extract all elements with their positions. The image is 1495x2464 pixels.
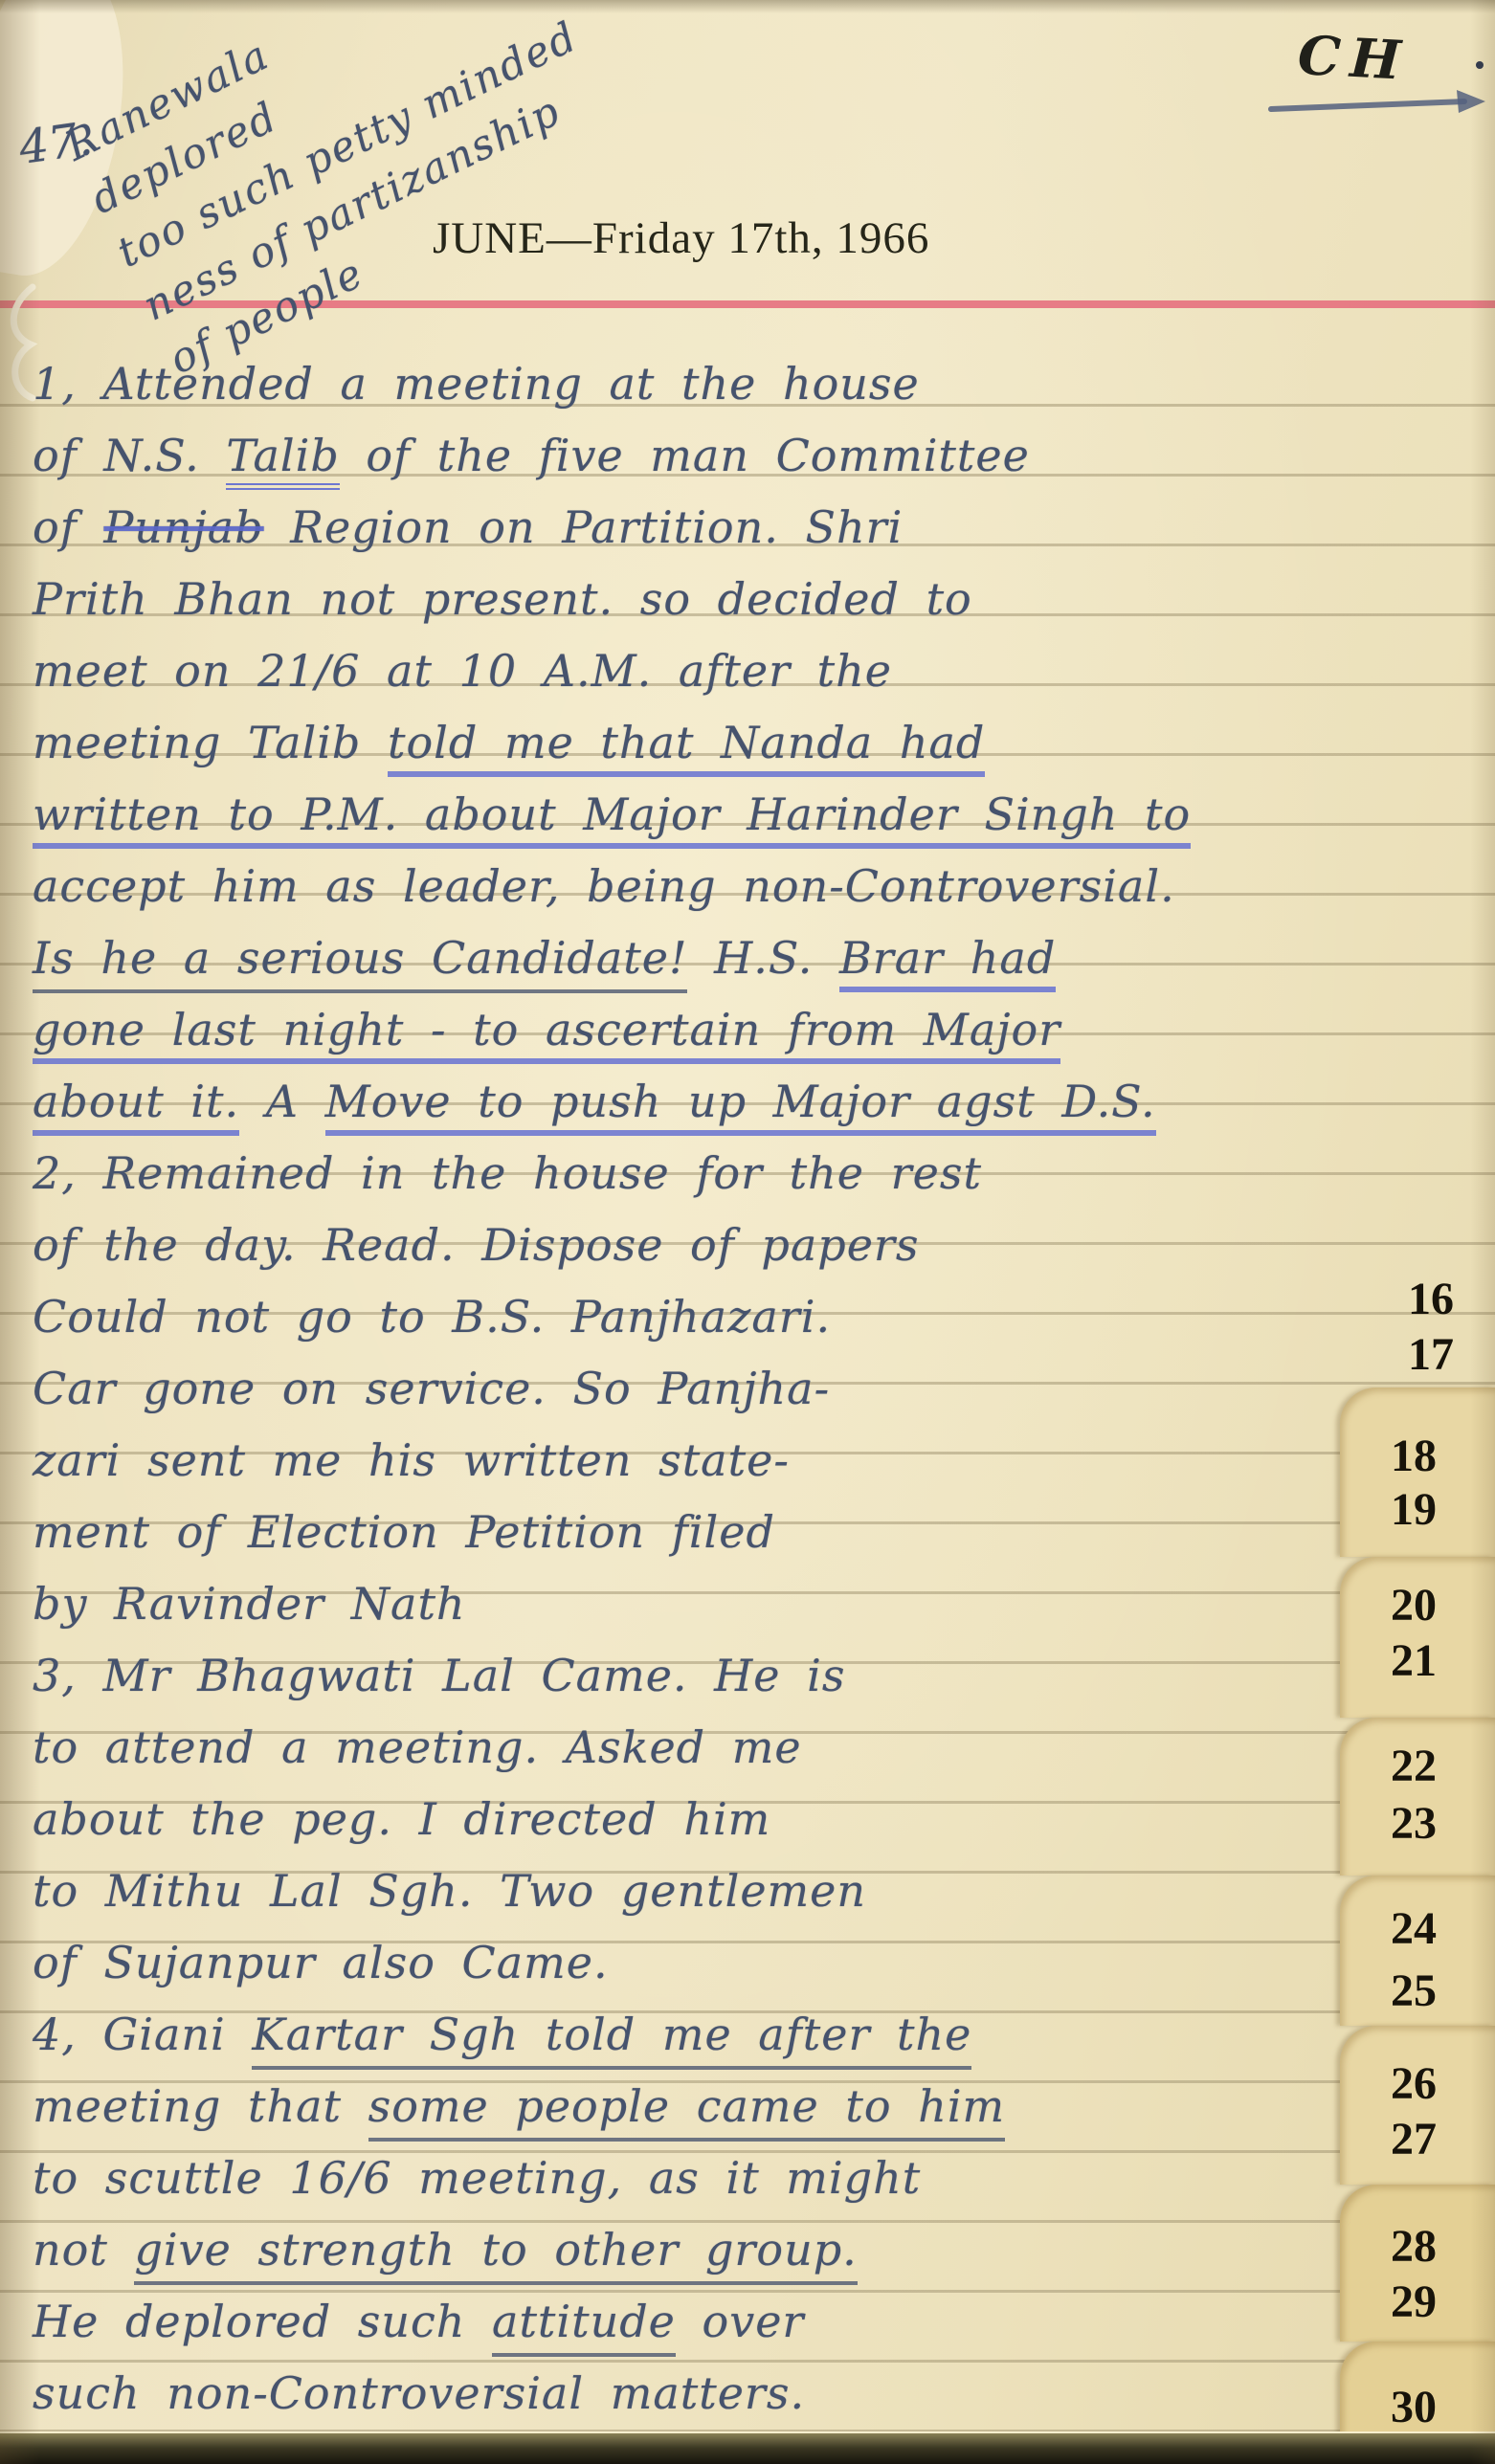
edge-tab-number: 17 <box>1359 1328 1495 1381</box>
diary-line: to scuttle 16/6 meeting, as it might <box>33 2146 1372 2218</box>
diary-text-segment: of Sujanpur also Came. <box>33 1937 609 1990</box>
diary-line: ment of Election Petition filed <box>33 1500 1372 1572</box>
diary-text-segment: Kartar Sgh told me after the <box>252 2009 971 2070</box>
diary-line: about it. A Move to push up Major agst D… <box>33 1070 1372 1142</box>
diary-text-segment: Car gone on service. So Panjha- <box>33 1363 830 1416</box>
diary-text-segment: Is he a serious Candidate! <box>33 932 687 993</box>
diary-line: 1, Attended a meeting at the house <box>33 352 1372 424</box>
diary-text-segment: Punjab <box>103 501 263 555</box>
diary-line: zari sent me his written state- <box>33 1429 1372 1500</box>
diary-text-segment: H.S. <box>687 932 838 986</box>
diary-text-segment: 2, Remained in the house for the rest <box>33 1147 982 1201</box>
diary-text-segment: of the five man Committee <box>340 430 1030 483</box>
corner-annotation: CH <box>1265 25 1491 149</box>
diary-text-segment: meeting Talib <box>33 717 388 770</box>
diary-text-segment: give strength to other group. <box>134 2224 857 2285</box>
diary-text-segment: some people came to him <box>368 2080 1006 2142</box>
diary-line: meeting Talib told me that Nanda had <box>33 711 1372 783</box>
diary-body: 1, Attended a meeting at the houseof N.S… <box>33 352 1372 2433</box>
diary-text-segment: told me that Nanda had <box>388 717 985 777</box>
book-bottom-edge <box>0 2431 1495 2464</box>
diary-text-segment: written to P.M. about Major Harinder Sin… <box>33 788 1191 849</box>
diary-text-segment: to scuttle 16/6 meeting, as it might <box>33 2152 921 2206</box>
margin-annotation: 47. <box>15 112 95 175</box>
diary-text-segment: attitude <box>492 2296 676 2357</box>
diary-line: of Sujanpur also Came. <box>33 1931 1372 2003</box>
diary-text-segment: about it. <box>33 1076 239 1136</box>
diary-line: of Punjab Region on Partition. Shri <box>33 496 1372 567</box>
diary-text-segment: ment of Election Petition filed <box>33 1506 775 1560</box>
diary-text-segment: over <box>676 2296 805 2349</box>
diary-text-segment: to attend a meeting. Asked me <box>33 1721 802 1775</box>
diary-line: to Mithu Lal Sgh. Two gentlemen <box>33 1859 1372 1931</box>
binding-thread <box>2 279 50 413</box>
diary-text-segment: accept him as leader, being non-Controve… <box>33 860 1175 914</box>
diary-line: Could not go to B.S. Panjhazari. <box>33 1285 1372 1357</box>
diary-line: of the day. Read. Dispose of papers <box>33 1213 1372 1285</box>
diary-line: written to P.M. about Major Harinder Sin… <box>33 783 1372 855</box>
diary-text-segment: meeting that <box>33 2080 368 2134</box>
diary-text-segment: Move to push up Major agst D.S. <box>325 1076 1156 1136</box>
diary-line: meeting that some people came to him <box>33 2075 1372 2146</box>
diary-text-segment: gone last night - to ascertain from Majo… <box>33 1004 1060 1064</box>
diary-line: meet on 21/6 at 10 A.M. after the <box>33 639 1372 711</box>
diary-line: Car gone on service. So Panjha- <box>33 1357 1372 1429</box>
diary-text-segment: not <box>33 2224 134 2277</box>
underline-arrow-icon <box>1265 25 1491 149</box>
diary-text-segment: Talib <box>226 430 339 490</box>
diary-line: 3, Mr Bhagwati Lal Came. He is <box>33 1644 1372 1716</box>
diary-line: about the peg. I directed him <box>33 1787 1372 1859</box>
diary-line: such non-Controversial matters. <box>33 2362 1372 2433</box>
diary-text-segment: of <box>33 501 103 555</box>
diary-text-segment: about the peg. I directed him <box>33 1793 770 1847</box>
diary-line: Prith Bhan not present. so decided to <box>33 567 1372 639</box>
diary-line: accept him as leader, being non-Controve… <box>33 855 1372 926</box>
diary-text-segment: of the day. Read. Dispose of papers <box>33 1219 920 1273</box>
diary-page: JUNE—Friday 17th, 1966 Ranewaladeploredt… <box>0 0 1495 2464</box>
diary-line: of N.S. Talib of the five man Committee <box>33 424 1372 496</box>
diary-text-segment: meet on 21/6 at 10 A.M. after the <box>33 645 892 699</box>
diary-text-segment: 3, Mr Bhagwati Lal Came. He is <box>33 1650 845 1703</box>
diary-line: Is he a serious Candidate! H.S. Brar had <box>33 926 1372 998</box>
diary-text-segment: Prith Bhan not present. so decided to <box>33 573 972 627</box>
diary-text-segment: He deplored such <box>33 2296 492 2349</box>
diary-text-segment: of N.S. <box>33 430 226 483</box>
diary-text-segment: by Ravinder Nath <box>33 1578 466 1632</box>
edge-tab-number: 16 <box>1359 1273 1495 1325</box>
diary-line: 2, Remained in the house for the rest <box>33 1142 1372 1213</box>
diary-text-segment: such non-Controversial matters. <box>33 2367 805 2421</box>
diary-line: not give strength to other group. <box>33 2218 1372 2290</box>
diary-line: 4, Giani Kartar Sgh told me after the <box>33 2003 1372 2075</box>
diary-text-segment: Region on Partition. Shri <box>264 501 904 555</box>
diary-text-segment: to Mithu Lal Sgh. Two gentlemen <box>33 1865 866 1919</box>
diary-text-segment: A <box>239 1076 324 1129</box>
diary-text-segment: Brar had <box>839 932 1056 992</box>
diagonal-annotation: Ranewaladeploredtoo such petty mindednes… <box>56 0 857 389</box>
diary-text-segment: Could not go to B.S. Panjhazari. <box>33 1291 831 1344</box>
diary-text-segment: zari sent me his written state- <box>33 1434 790 1488</box>
diary-text-segment: 1, Attended a meeting at the house <box>33 358 920 411</box>
diary-text-segment: 4, Giani <box>33 2009 252 2062</box>
diary-line: He deplored such attitude over <box>33 2290 1372 2362</box>
diary-line: gone last night - to ascertain from Majo… <box>33 998 1372 1070</box>
diary-line: to attend a meeting. Asked me <box>33 1716 1372 1787</box>
diary-line: by Ravinder Nath <box>33 1572 1372 1644</box>
